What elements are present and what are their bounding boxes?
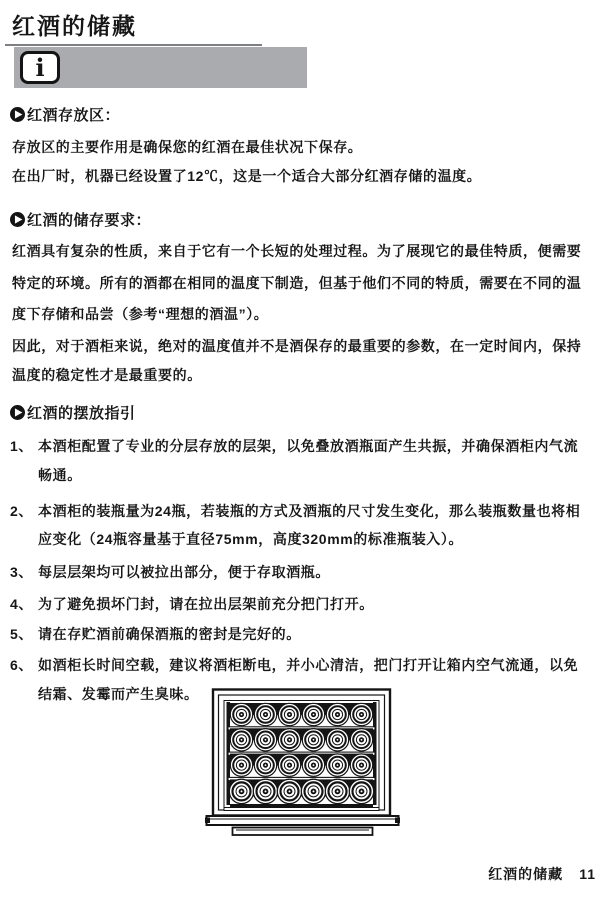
info-icon-glyph: i [35,56,44,80]
play-circle-bullet-icon [10,107,25,122]
wine-cabinet-figure [205,688,400,858]
cabinet-plinth [205,816,400,825]
list-item-text: 每层层架均可以被拉出部分，便于存取酒瓶。 [38,564,330,580]
list-item-text: 本酒柜配置了专业的分层存放的层架，以免叠放酒瓶面产生共振，并确保酒柜内气流 [38,438,578,454]
title-underline [5,44,262,46]
list-item: 5、请在存贮酒前确保酒瓶的密封是完好的。 [10,626,301,643]
paragraph-line: 在出厂时，机器已经设置了12℃，这是一个适合大部分红酒存储的温度。 [12,168,481,185]
page-title: 红酒的储藏 [12,8,137,41]
info-banner: i [14,47,307,88]
footer-chapter-label: 红酒的储藏 [488,866,563,882]
list-item: 6、如酒柜长时间空载，建议将酒柜断电，并小心清洁，把门打开让箱内空气流通，以免 [10,657,578,674]
list-item-text: 如酒柜长时间空载，建议将酒柜断电，并小心清洁，把门打开让箱内空气流通，以免 [38,657,578,673]
cabinet-handle [233,828,373,836]
list-item-text: 请在存贮酒前确保酒瓶的密封是完好的。 [38,626,301,642]
list-item-marker: 5、 [10,626,38,643]
section-heading-placement-guide: 红酒的摆放指引 [10,404,136,421]
list-item-marker: 4、 [10,596,38,613]
list-item-text: 为了避免损坏门封，请在拉出层架前充分把门打开。 [38,596,374,612]
list-item-wrap-line: 应变化（24瓶容量基于直径75mm，高度320mm的标准瓶装入）。 [38,531,463,548]
page-number: 11 [579,866,596,882]
paragraph-line: 存放区的主要作用是确保您的红酒在最佳状况下保存。 [12,139,362,156]
paragraph-line: 度下存储和品尝（参考“理想的酒温”）。 [12,306,268,323]
section-heading-storage-requirements: 红酒的储存要求： [10,211,151,228]
list-item-wrap-line: 结霜、发霉而产生臭味。 [38,686,199,703]
list-item: 2、本酒柜的装瓶量为24瓶，若装瓶的方式及酒瓶的尺寸发生变化，那么装瓶数量也将相 [10,503,580,520]
list-item: 4、为了避免损坏门封，请在拉出层架前充分把门打开。 [10,596,374,613]
section-heading-storage-area: 红酒存放区： [10,106,120,123]
paragraph-line: 红酒具有复杂的性质，来自于它有一个长短的处理过程。为了展现它的最佳特质，便需要 [12,243,581,260]
list-item-marker: 1、 [10,438,38,455]
list-item-marker: 3、 [10,564,38,581]
list-item: 1、本酒柜配置了专业的分层存放的层架，以免叠放酒瓶面产生共振，并确保酒柜内气流 [10,438,578,455]
section-heading-label: 红酒的摆放指引 [27,402,136,423]
list-item-wrap-line: 畅通。 [38,467,82,484]
manual-page: 红酒的储藏 i 红酒存放区： 存放区的主要作用是确保您的红酒在最佳状况下保存。 … [0,0,610,897]
play-circle-bullet-icon [10,405,25,420]
list-item-marker: 6、 [10,657,38,674]
paragraph-line: 因此，对于酒柜来说，绝对的温度值并不是酒保存的最重要的参数，在一定时间内，保持 [12,338,581,355]
play-circle-bullet-icon [10,212,25,227]
section-heading-label: 红酒的储存要求： [27,209,151,230]
paragraph-line: 特定的环境。所有的酒都在相同的温度下制造，但基于他们不同的特质，需要在不同的温 [12,275,581,292]
info-icon: i [20,51,60,84]
paragraph-line: 温度的稳定性才是最重要的。 [12,367,202,384]
section-heading-label: 红酒存放区： [27,104,120,125]
page-footer: 红酒的储藏11 [488,864,596,884]
list-item-text: 本酒柜的装瓶量为24瓶，若装瓶的方式及酒瓶的尺寸发生变化，那么装瓶数量也将相 [38,503,580,519]
wine-cabinet-illustration [205,688,400,853]
list-item-marker: 2、 [10,503,38,520]
list-item: 3、每层层架均可以被拉出部分，便于存取酒瓶。 [10,564,330,581]
